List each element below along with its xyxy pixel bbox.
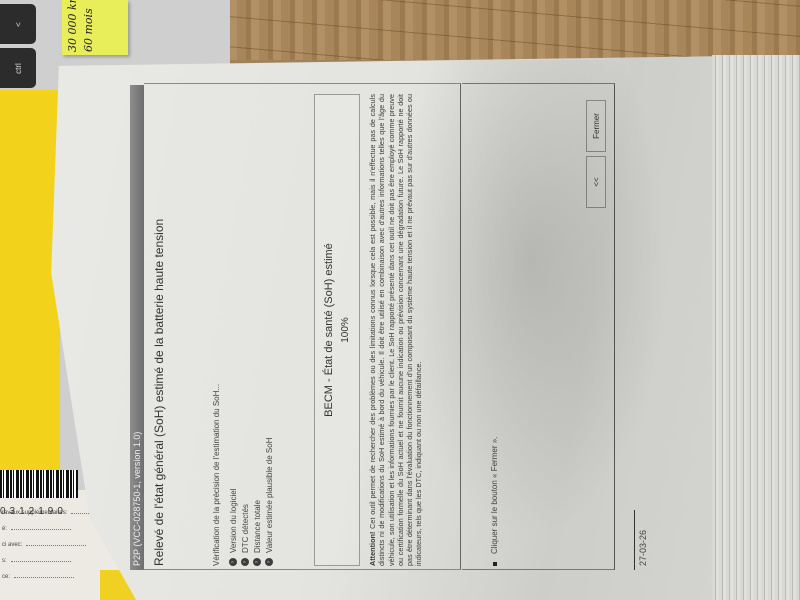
verification-checklist: › Version du logiciel › DTC détectés › D…: [227, 438, 275, 566]
page-stack-edges: [712, 55, 800, 600]
check-circle-icon: ›: [229, 558, 237, 566]
keyboard-key: <: [0, 4, 36, 44]
check-circle-icon: ›: [253, 558, 261, 566]
verification-heading: Vérification de la précision de l'estima…: [212, 384, 221, 566]
print-date: 27-03-26: [638, 530, 648, 566]
form-line: ci avec:: [2, 542, 86, 548]
key-label: ctrl: [13, 63, 22, 74]
barcode: [0, 470, 78, 498]
sticky-note-line: 30 000 km: [66, 0, 79, 52]
form-line: é:: [2, 526, 71, 532]
check-label: Version du logiciel: [229, 489, 238, 553]
instruction-text: Cliquer sur le bouton « Fermer ».: [490, 437, 499, 566]
check-circle-icon: ›: [265, 558, 273, 566]
soh-result-box: BECM - État de santé (SoH) estimé 100%: [314, 94, 360, 566]
check-item: › DTC détectés: [239, 438, 251, 566]
check-label: DTC détectés: [241, 504, 250, 553]
bullet-icon: [493, 562, 497, 566]
form-line: ce:: [2, 574, 74, 580]
keyboard-key: ctrl: [0, 48, 36, 88]
sticky-note-line: 60 mois: [82, 8, 95, 52]
barcode-number: 0312190: [0, 506, 67, 517]
warning-body: Cet outil permet de rechercher des probl…: [368, 94, 423, 566]
check-item: › Distance totale: [251, 438, 263, 566]
instruction-label: Cliquer sur le bouton « Fermer ».: [490, 437, 499, 554]
soh-value: 100%: [340, 95, 351, 565]
diagnostic-report: P2P (VCC-028750-1, version 1.0) Relevé d…: [130, 85, 650, 570]
soh-label: BECM - État de santé (SoH) estimé: [323, 95, 335, 565]
previous-button[interactable]: <<: [586, 156, 606, 208]
form-line: s:: [2, 558, 71, 564]
cork-desk-surface: [215, 0, 800, 60]
warning-lead: Attention!: [368, 532, 377, 566]
check-item: › Version du logiciel: [227, 438, 239, 566]
key-label: <: [13, 22, 22, 27]
sticky-note: 30 000 km 60 mois: [62, 0, 128, 55]
check-item: › Valeur estimée plausible de SoH: [263, 438, 275, 566]
report-titlebar: P2P (VCC-028750-1, version 1.0): [130, 85, 144, 570]
close-button[interactable]: Fermer: [586, 100, 606, 152]
warning-notice: Attention! Cet outil permet de recherche…: [368, 94, 424, 566]
check-label: Valeur estimée plausible de SoH: [265, 438, 274, 553]
date-divider: [634, 510, 635, 570]
check-label: Distance totale: [253, 500, 262, 553]
report-title: Relevé de l'état général (SoH) estimé de…: [152, 219, 166, 566]
check-circle-icon: ›: [241, 558, 249, 566]
